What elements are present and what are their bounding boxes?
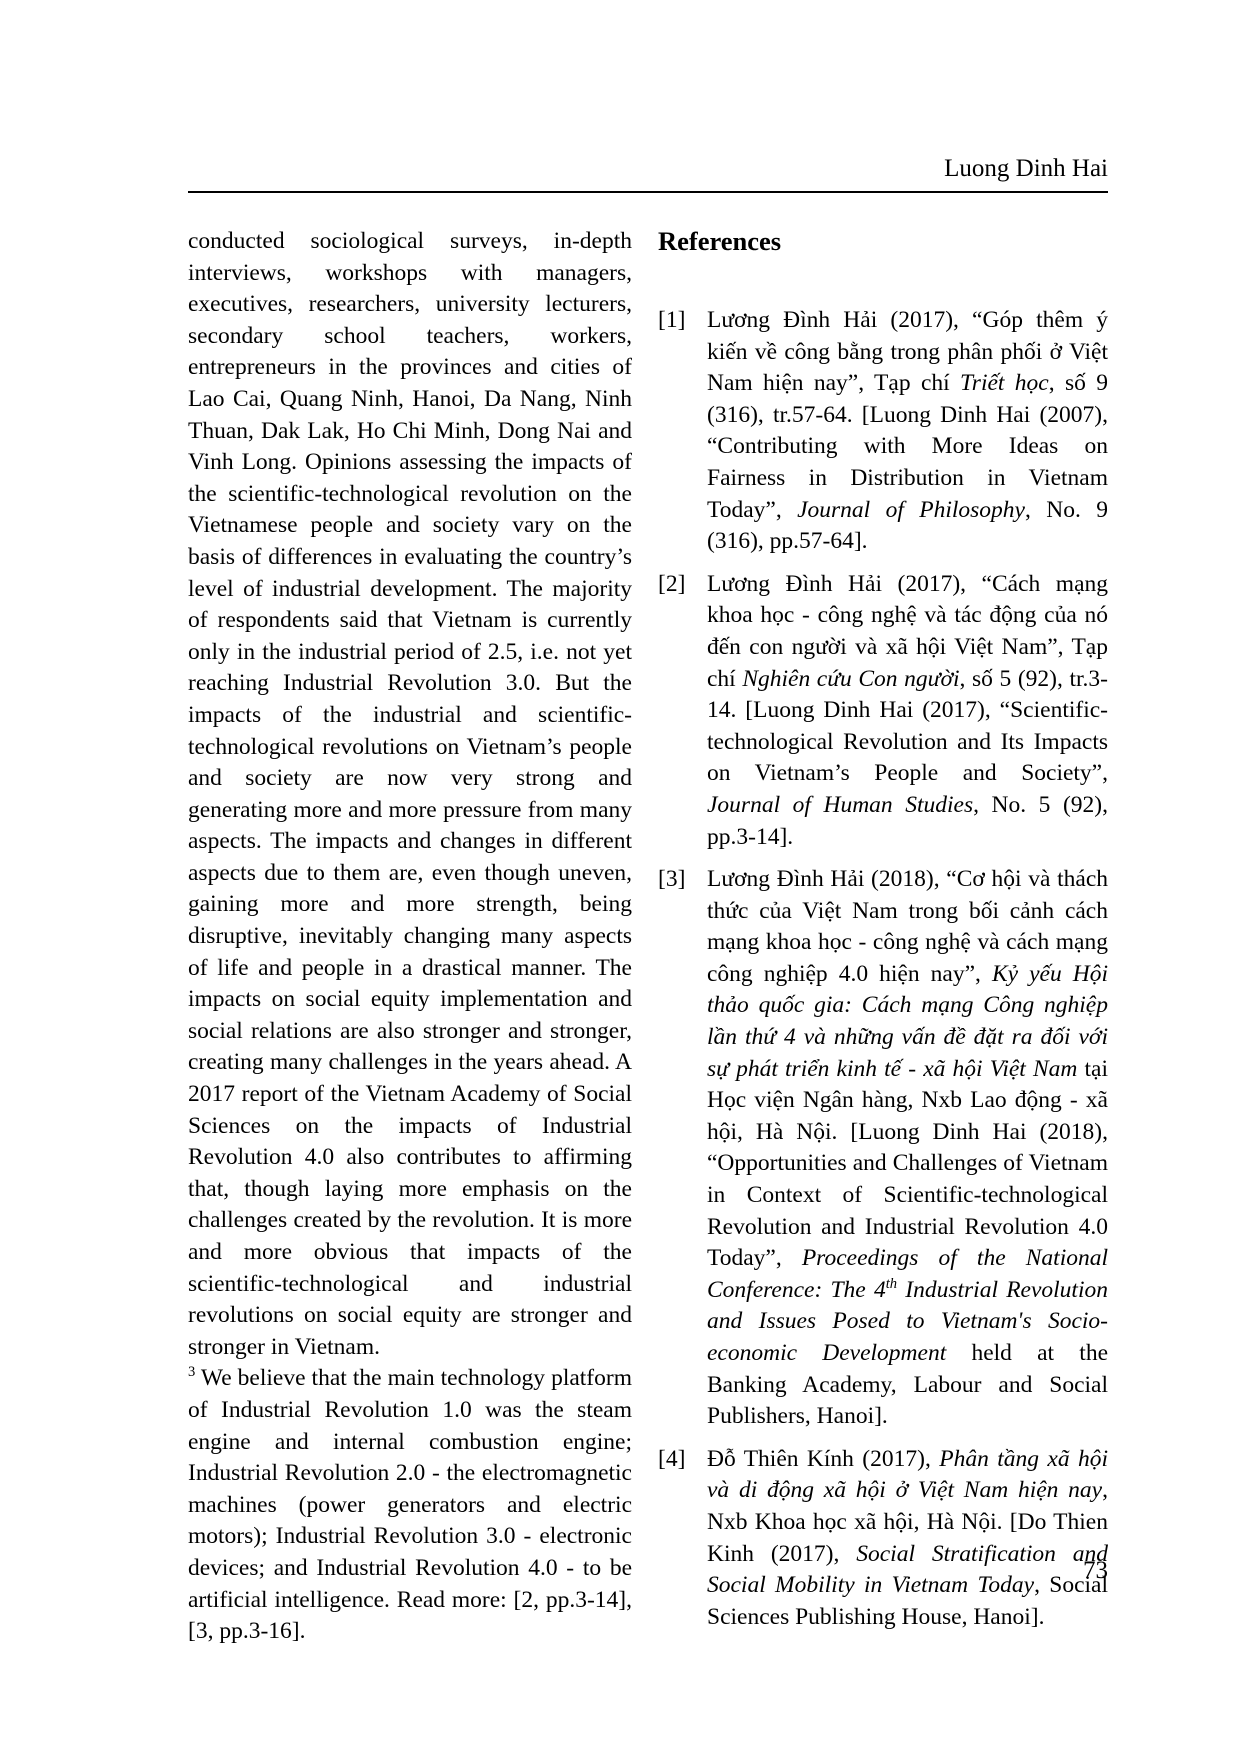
left-column: conducted sociological surveys, in-depth… (188, 226, 632, 1648)
reference-text: Lương Đình Hải (2017), “Góp thêm ý kiến … (707, 307, 1108, 554)
reference-number: [4] (658, 1444, 685, 1476)
running-header: Luong Dinh Hai (188, 154, 1108, 184)
reference-item: [3] Lương Đình Hải (2018), “Cơ hội và th… (658, 864, 1108, 1433)
reference-list: [1] Lương Đình Hải (2017), “Góp thêm ý k… (658, 305, 1108, 1633)
reference-text: Lương Đình Hải (2017), “Cách mạng khoa h… (707, 571, 1108, 850)
reference-item: [2] Lương Đình Hải (2017), “Cách mạng kh… (658, 569, 1108, 853)
reference-item: [4] Đỗ Thiên Kính (2017), Phân tầng xã h… (658, 1444, 1108, 1634)
footnote: 3 We believe that the main technology pl… (188, 1363, 632, 1647)
reference-text: Lương Đình Hải (2018), “Cơ hội và thách … (707, 866, 1108, 1429)
body-paragraph: conducted sociological surveys, in-depth… (188, 226, 632, 1363)
two-column-layout: conducted sociological surveys, in-depth… (188, 226, 1108, 1648)
references-heading: References (658, 226, 1108, 257)
reference-number: [1] (658, 305, 685, 337)
reference-number: [3] (658, 864, 685, 896)
header-rule (188, 191, 1108, 193)
document-page: { "page": { "running_header": "Luong Din… (0, 0, 1240, 1753)
reference-item: [1] Lương Đình Hải (2017), “Góp thêm ý k… (658, 305, 1108, 558)
reference-text: Đỗ Thiên Kính (2017), Phân tầng xã hội v… (707, 1446, 1108, 1630)
reference-number: [2] (658, 569, 685, 601)
page-number: 73 (188, 1556, 1108, 1586)
references-column: References [1] Lương Đình Hải (2017), “G… (658, 226, 1108, 1648)
